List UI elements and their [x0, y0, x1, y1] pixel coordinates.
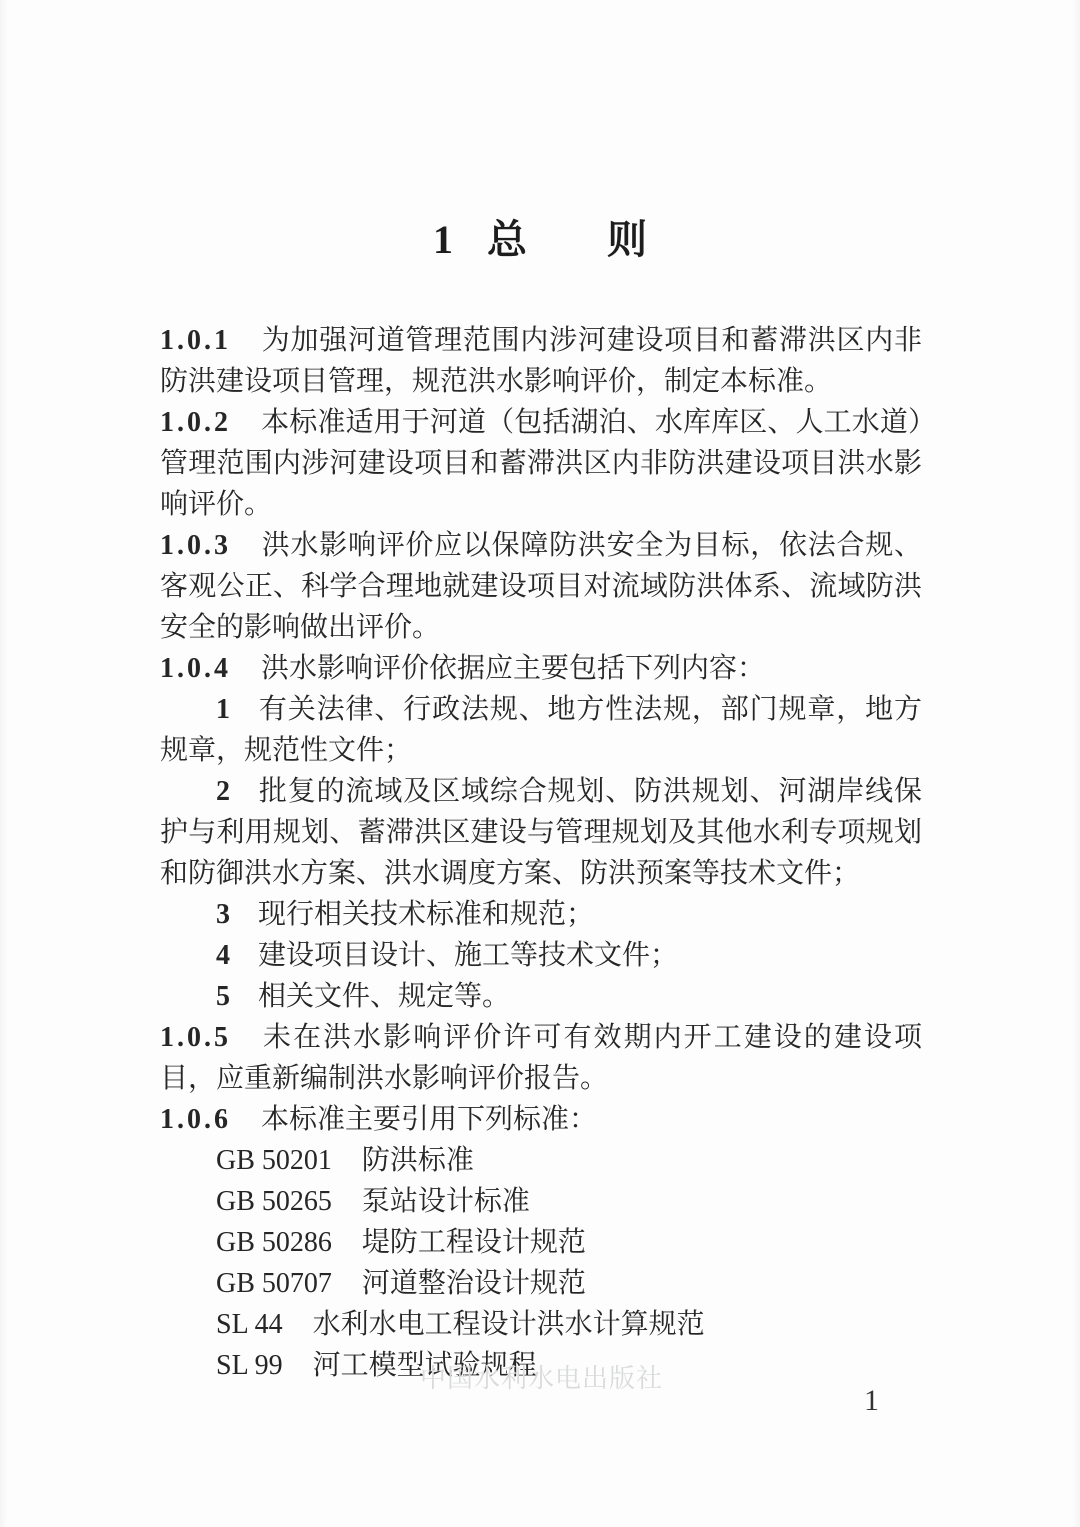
clause-paragraph: 1.0.3洪水影响评价应以保障防洪安全为目标，依法合规、客观公正、科学合理地就建…	[160, 525, 922, 648]
standard-reference: GB 50265泵站设计标准	[160, 1181, 922, 1222]
clause-paragraph: 1.0.1为加强河道管理范围内涉河建设项目和蓄滞洪区内非防洪建设项目管理，规范洪…	[160, 320, 922, 402]
clause-number: 1.0.4	[160, 653, 231, 684]
clause-text: 洪水影响评价应以保障防洪安全为目标，依法合规、客观公正、科学合理地就建设项目对流…	[160, 530, 922, 643]
clause-text: 本标准适用于河道（包括湖泊、水库库区、人工水道）管理范围内涉河建设项目和蓄滞洪区…	[160, 407, 922, 520]
item-number: 5	[216, 981, 230, 1012]
clause-paragraph: 1.0.4洪水影响评价依据应主要包括下列内容：	[160, 648, 922, 689]
standard-code: SL 99	[216, 1350, 283, 1381]
sub-item: 3现行相关技术标准和规范；	[160, 894, 922, 935]
standard-name: 河道整治设计规范	[362, 1268, 586, 1299]
standard-code: GB 50707	[216, 1268, 332, 1299]
sub-item: 1有关法律、行政法规、地方性法规，部门规章，地方规章，规范性文件；	[160, 689, 922, 771]
standard-name: 水利水电工程设计洪水计算规范	[313, 1309, 705, 1340]
sub-item: 2批复的流域及区域综合规划、防洪规划、河湖岸线保护与利用规划、蓄滞洪区建设与管理…	[160, 771, 922, 894]
clause-text: 本标准主要引用下列标准：	[261, 1104, 597, 1135]
sub-item: 5相关文件、规定等。	[160, 976, 922, 1017]
standard-reference: GB 50201防洪标准	[160, 1140, 922, 1181]
standard-reference: SL 44水利水电工程设计洪水计算规范	[160, 1304, 922, 1345]
item-text: 建设项目设计、施工等技术文件；	[258, 940, 678, 971]
clause-number: 1.0.6	[160, 1104, 231, 1135]
clause-number: 1.0.5	[160, 1022, 231, 1053]
sub-item: 4建设项目设计、施工等技术文件；	[160, 935, 922, 976]
standard-name: 堤防工程设计规范	[362, 1227, 586, 1258]
page-number: 1	[864, 1384, 879, 1418]
standard-code: GB 50265	[216, 1186, 332, 1217]
chapter-number: 1	[433, 217, 453, 262]
document-body: 1.0.1为加强河道管理范围内涉河建设项目和蓄滞洪区内非防洪建设项目管理，规范洪…	[160, 320, 922, 1386]
clause-paragraph: 1.0.6本标准主要引用下列标准：	[160, 1099, 922, 1140]
chapter-title-text: 总 则	[487, 217, 647, 262]
clause-number: 1.0.3	[160, 530, 231, 561]
clause-text: 洪水影响评价依据应主要包括下列内容：	[261, 653, 765, 684]
clause-number: 1.0.2	[160, 407, 231, 438]
item-text: 相关文件、规定等。	[258, 981, 510, 1012]
document-page: 1总 则 1.0.1为加强河道管理范围内涉河建设项目和蓄滞洪区内非防洪建设项目管…	[0, 0, 1080, 1527]
clause-number: 1.0.1	[160, 325, 231, 356]
item-number: 4	[216, 940, 230, 971]
item-text: 现行相关技术标准和规范；	[258, 899, 594, 930]
standard-reference: GB 50286堤防工程设计规范	[160, 1222, 922, 1263]
standard-code: GB 50286	[216, 1227, 332, 1258]
standard-code: GB 50201	[216, 1145, 332, 1176]
item-number: 2	[216, 776, 230, 807]
clause-text: 未在洪水影响评价许可有效期内开工建设的建设项目，应重新编制洪水影响评价报告。	[160, 1022, 922, 1094]
item-number: 1	[216, 694, 230, 725]
standard-code: SL 44	[216, 1309, 283, 1340]
standard-name: 泵站设计标准	[362, 1186, 530, 1217]
standard-name: 防洪标准	[362, 1145, 474, 1176]
standard-reference: GB 50707河道整治设计规范	[160, 1263, 922, 1304]
clause-paragraph: 1.0.5未在洪水影响评价许可有效期内开工建设的建设项目，应重新编制洪水影响评价…	[160, 1017, 922, 1099]
item-text: 有关法律、行政法规、地方性法规，部门规章，地方规章，规范性文件；	[160, 694, 922, 766]
clause-text: 为加强河道管理范围内涉河建设项目和蓄滞洪区内非防洪建设项目管理，规范洪水影响评价…	[160, 325, 922, 397]
item-number: 3	[216, 899, 230, 930]
item-text: 批复的流域及区域综合规划、防洪规划、河湖岸线保护与利用规划、蓄滞洪区建设与管理规…	[160, 776, 922, 889]
clause-paragraph: 1.0.2本标准适用于河道（包括湖泊、水库库区、人工水道）管理范围内涉河建设项目…	[160, 402, 922, 525]
publisher-watermark: 中国水利水电出版社	[420, 1358, 663, 1395]
chapter-heading: 1总 则	[0, 208, 1080, 265]
